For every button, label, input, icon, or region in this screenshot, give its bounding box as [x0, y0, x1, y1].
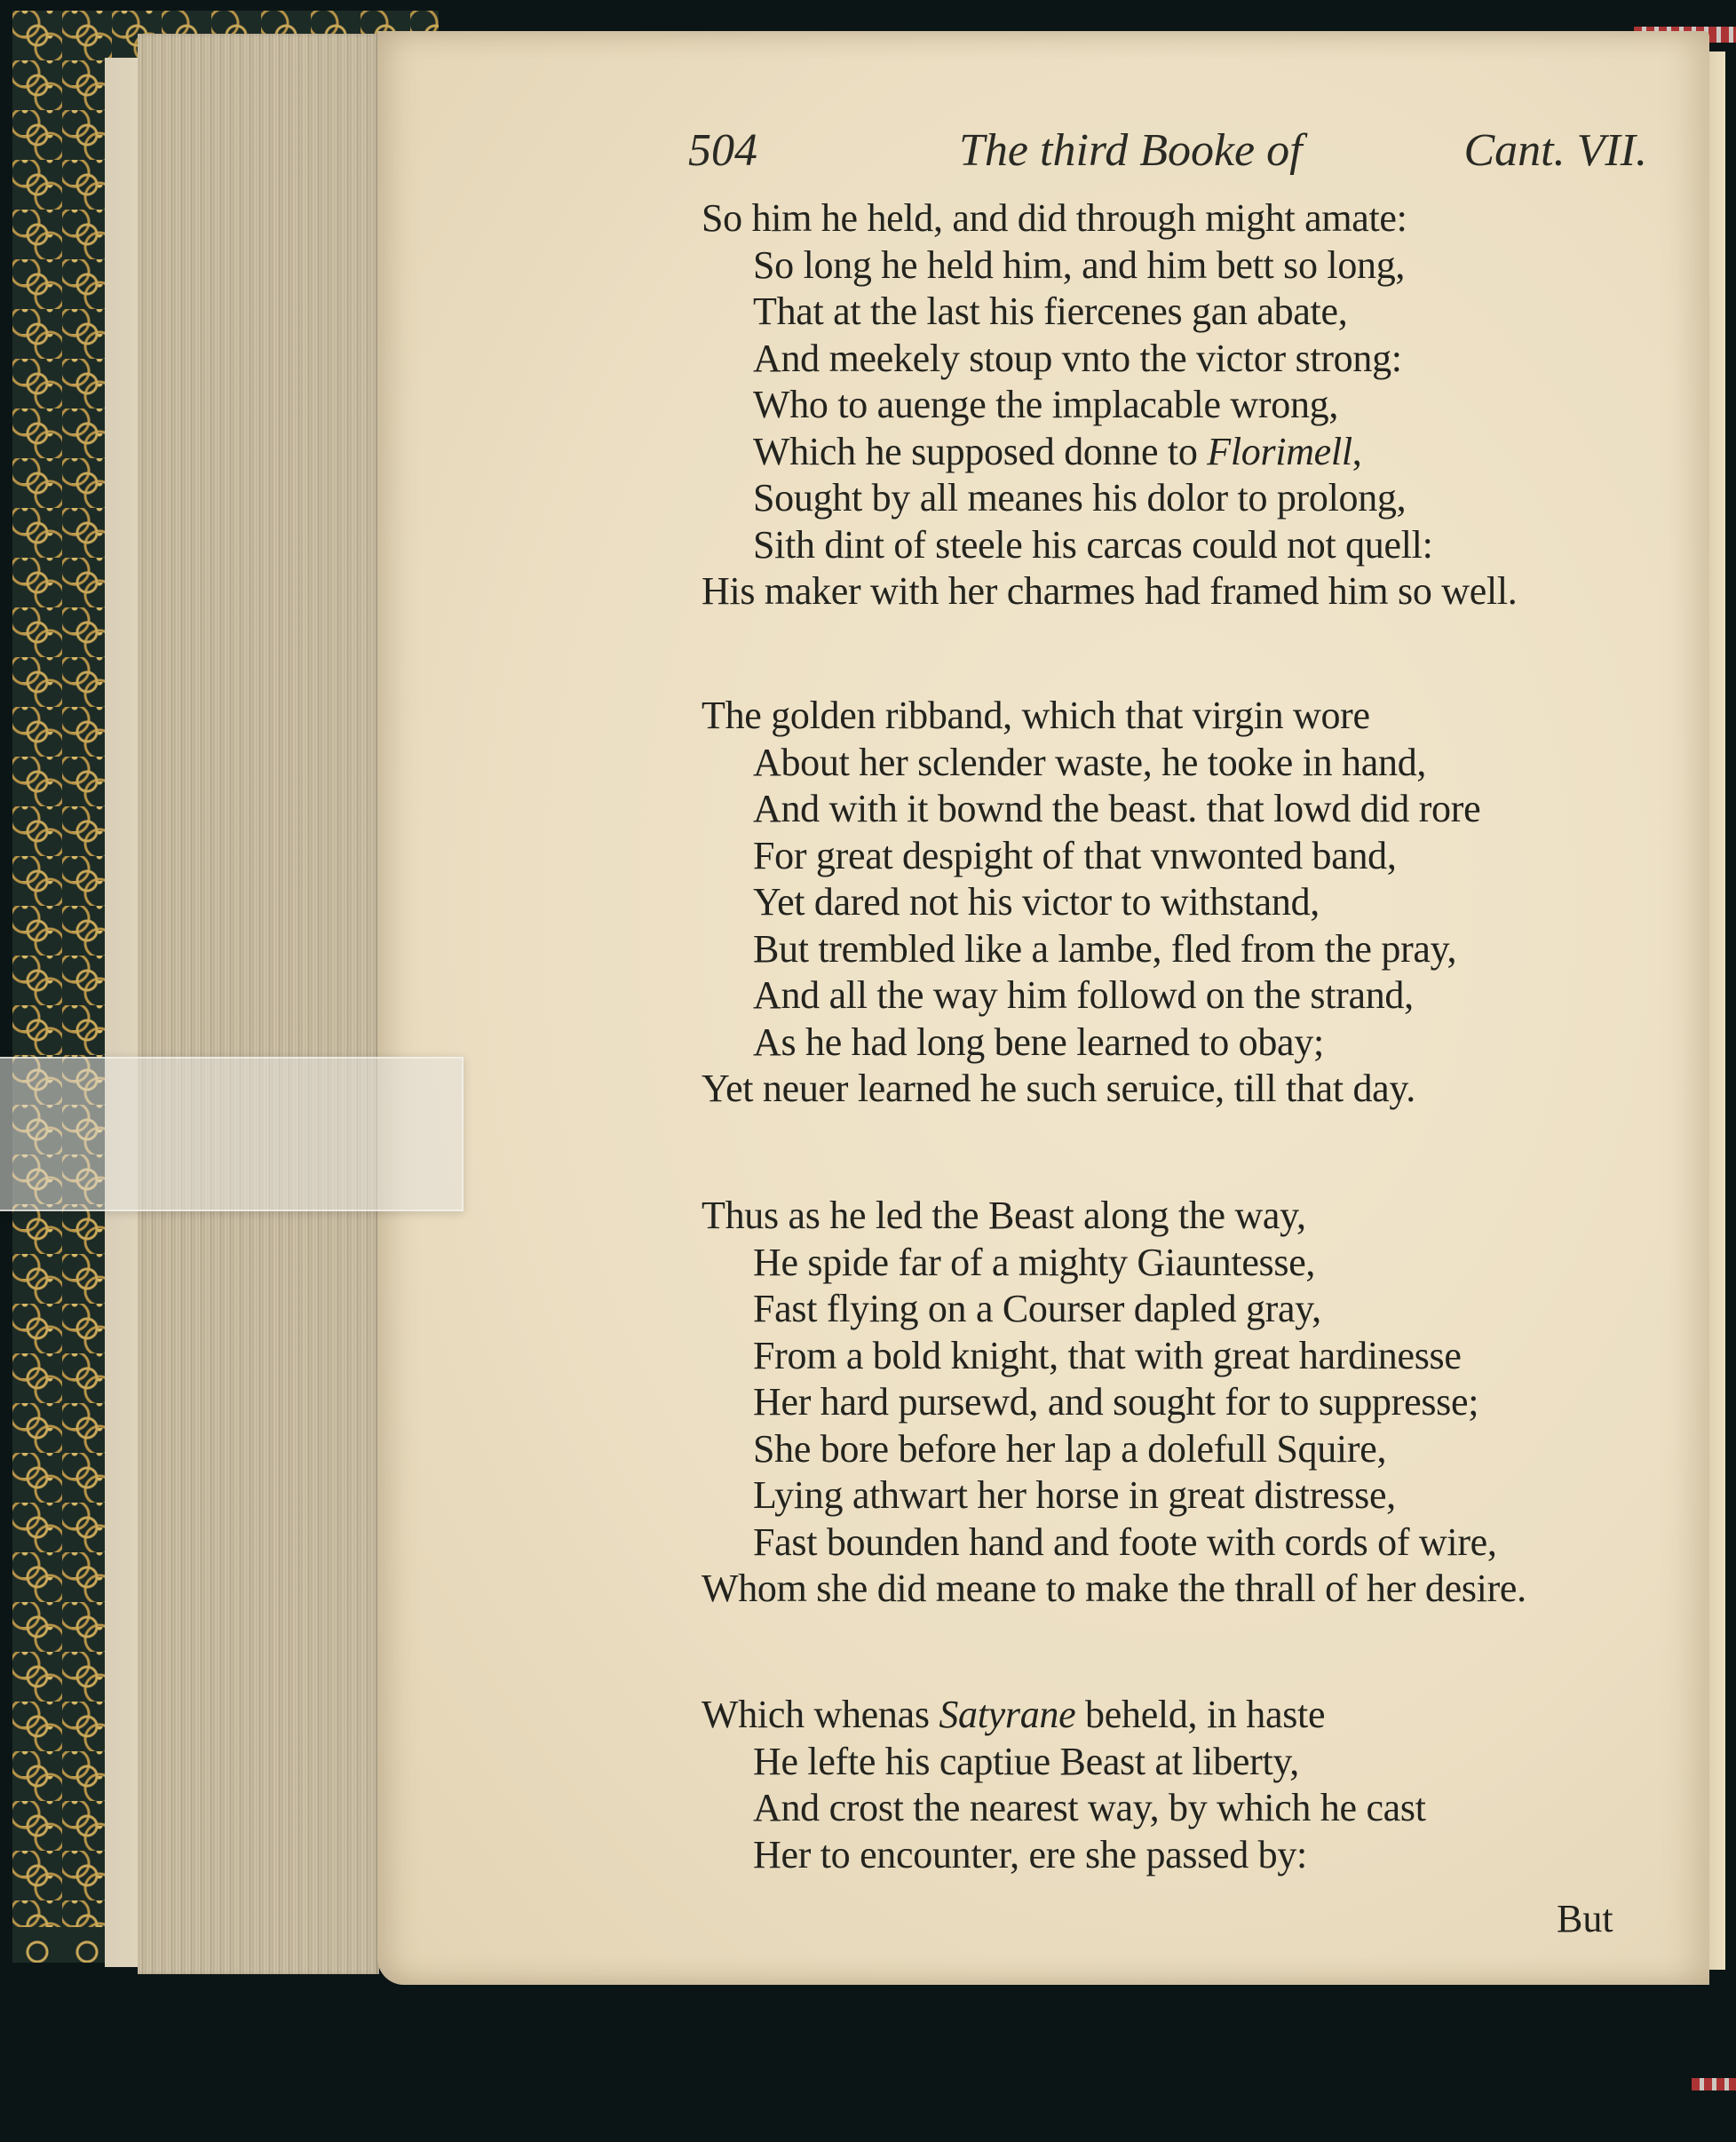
- verse-line: Sith dint of steele his carcas could not…: [702, 522, 1518, 569]
- verse-line: Yet neuer learned he such seruice, till …: [702, 1066, 1480, 1113]
- verse-line: That at the last his fiercenes gan abate…: [702, 289, 1518, 336]
- verse-line: Which whenas Satyrane beheld, in haste: [702, 1692, 1426, 1739]
- stanza: So him he held, and did through might am…: [702, 195, 1518, 615]
- verse-line: And meekely stoup vnto the victor strong…: [702, 336, 1518, 383]
- verse-line: Lying athwart her horse in great distres…: [702, 1472, 1526, 1519]
- page-edges: [138, 34, 379, 1974]
- verse-line: Whom she did meane to make the thrall of…: [702, 1566, 1526, 1613]
- proper-name: Satyrane: [939, 1693, 1075, 1736]
- verse-line: He spide far of a mighty Giauntesse,: [702, 1240, 1526, 1287]
- page-number: 504: [688, 124, 757, 177]
- verse-text: Which he supposed donne to: [753, 430, 1207, 473]
- verse-line: From a bold knight, that with great hard…: [702, 1333, 1526, 1380]
- verse-line: Yet dared not his victor to withstand,: [702, 879, 1480, 926]
- verse-line: The golden ribband, which that virgin wo…: [702, 693, 1480, 740]
- canto-label: Cant. VII.: [1463, 124, 1647, 177]
- catchword: But: [1557, 1896, 1613, 1941]
- stanza: The golden ribband, which that virgin wo…: [702, 693, 1480, 1113]
- verse-line: And all the way him followd on the stran…: [702, 972, 1480, 1019]
- verse-line: Her to encounter, ere she passed by:: [702, 1832, 1426, 1879]
- verse-line: Which he supposed donne to Florimell,: [702, 429, 1518, 476]
- verse-line: She bore before her lap a dolefull Squir…: [702, 1426, 1526, 1473]
- verse-line: So him he held, and did through might am…: [702, 195, 1518, 242]
- verse-text: Which whenas: [702, 1693, 939, 1736]
- verse-line: As he had long bene learned to obay;: [702, 1019, 1480, 1067]
- verse-line: For great despight of that vnwonted band…: [702, 833, 1480, 880]
- verse-line: He lefte his captiue Beast at liberty,: [702, 1739, 1426, 1786]
- running-head: 504 The third Booke of Cant. VII.: [688, 124, 1647, 186]
- verse-line: Who to auenge the implacable wrong,: [702, 382, 1518, 429]
- verse-line: Her hard pursewd, and sought for to supp…: [702, 1379, 1526, 1426]
- verse-line: So long he held him, and him bett so lon…: [702, 242, 1518, 290]
- verse-text: beheld, in haste: [1075, 1693, 1325, 1736]
- verse-line: About her sclender waste, he tooke in ha…: [702, 740, 1480, 787]
- verse-line: But trembled like a lambe, fled from the…: [702, 926, 1480, 973]
- acrylic-page-weight: [0, 1057, 464, 1211]
- verse-line: Sought by all meanes his dolor to prolon…: [702, 475, 1518, 522]
- verse-line: Fast bounden hand and foote with cords o…: [702, 1519, 1526, 1567]
- verse-line: And with it bownd the beast. that lowd d…: [702, 786, 1480, 833]
- stanza: Thus as he led the Beast along the way, …: [702, 1193, 1526, 1613]
- verse-line: His maker with her charmes had framed hi…: [702, 568, 1518, 615]
- verse-line: Fast flying on a Courser dapled gray,: [702, 1286, 1526, 1333]
- headband-bottom: [1692, 2078, 1736, 2090]
- verse-text: ,: [1352, 430, 1362, 473]
- stanza: Which whenas Satyrane beheld, in haste H…: [702, 1692, 1426, 1878]
- proper-name: Florimell: [1207, 430, 1352, 473]
- verse-line: Thus as he led the Beast along the way,: [702, 1193, 1526, 1240]
- verse-line: And crost the nearest way, by which he c…: [702, 1785, 1426, 1832]
- running-title: The third Booke of: [959, 124, 1303, 177]
